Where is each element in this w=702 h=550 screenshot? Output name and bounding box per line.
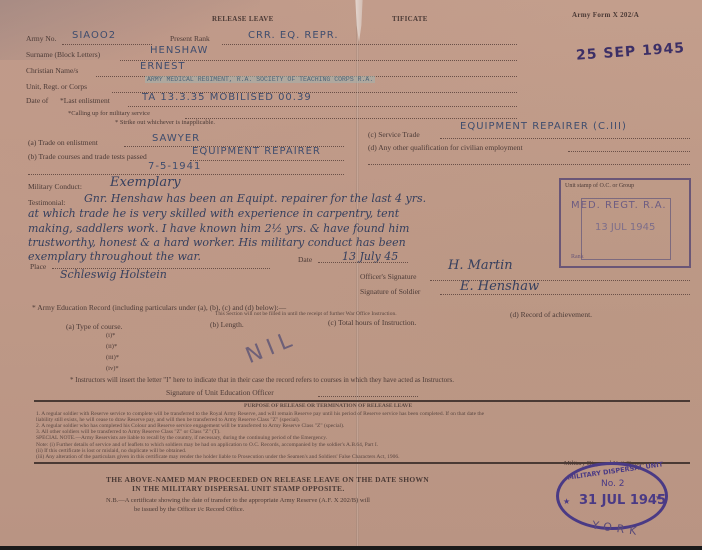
testimonial-label: Testimonial: [28,198,65,207]
proceeded-line-1: THE ABOVE-NAMED MAN PROCEEDED ON RELEASE… [106,475,429,484]
place-label: Place [30,262,46,271]
testimonial-line: exemplary throughout the war. [28,250,201,263]
education-row: (iii)* [106,354,119,361]
other-qualification-label: (d) Any other qualification for civilian… [368,143,523,152]
notes-heading: PURPOSE OF RELEASE OR TERMINATION OF REL… [244,403,412,409]
testimonial-line: Gnr. Henshaw has been an Equipt. repaire… [84,192,426,205]
instructor-note: * Instructors will insert the letter "I"… [70,376,454,384]
testimonial-line: trustworthy, honest & a hard worker. His… [28,236,406,249]
surname-label: Surname (Block Letters) [26,50,100,59]
notes-line: SPECIAL NOTE.—Army Reservists are liable… [36,435,327,441]
form-number: Army Form X 202/A [572,11,639,19]
date-of-label: Date of [26,96,48,105]
christian-names-value: ERNEST [140,61,186,72]
proceeded-line-2: IN THE MILITARY DISPERSAL UNIT STAMP OPP… [132,484,345,493]
form-title-right: TIFICATE [392,15,428,23]
form-title-left: RELEASE LEAVE [212,15,274,23]
service-trade-value: EQUIPMENT REPAIRER (C.III) [460,121,627,132]
military-conduct-label: Military Conduct: [28,182,82,191]
education-col-b: (b) Length. [210,320,244,329]
testimonial-line: at which trade he is very skilled with e… [28,207,399,220]
dispersal-stamp-number: No. 2 [601,479,625,489]
education-officer-signature-label: Signature of Unit Education Officer [166,388,274,397]
army-no-label: Army No. [26,34,56,43]
education-row: (i)* [106,332,115,339]
present-rank-label: Present Rank [170,34,210,43]
army-no-value: SIAOO2 [72,30,116,41]
education-note: This Section will not be filled in until… [215,311,397,317]
star-icon: ★ [563,497,570,506]
trade-courses-date: 7-5-1941 [148,161,201,172]
last-enlistment-label: *Last enlistment [60,96,110,105]
officers-signature: H. Martin [448,258,513,273]
officers-signature-label: Officer's Signature [360,272,416,281]
place-value: Schleswig Holstein [60,268,167,281]
testimonial-line: making, saddlers work. I have known him … [28,222,409,235]
unit-label: Unit, Regt. or Corps [26,82,87,91]
service-trade-label: (c) Service Trade [368,130,420,139]
date-label: Date [298,255,312,264]
education-row: (iv)* [106,365,119,372]
nil-annotation: NIL [242,326,301,369]
education-col-c: (c) Total hours of Instruction. [328,318,416,327]
unit-value: ARMY MEDICAL REGIMENT, R.A. SOCIETY OF T… [145,76,375,83]
calling-up-label: *Calling up for military service [68,110,150,117]
signature-soldier-label: Signature of Soldier [360,287,420,296]
strike-out-note: * Strike out whichever is inapplicable. [115,119,215,126]
trade-on-enlistment-value: SAWYER [152,133,200,144]
trade-on-enlistment-label: (a) Trade on enlistment [28,138,98,147]
soldier-signature: E. Henshaw [460,279,539,294]
dispersal-unit-stamp: MILITARY DISPERSAL UNIT No. 2 31 JUL 194… [556,462,668,530]
unit-stamp: Unit stamp of O.C. or Group MED. REGT. R… [559,178,691,268]
unit-stamp-header: Unit stamp of O.C. or Group [565,183,634,189]
unit-stamp-date: 13 JUL 1945 [595,222,655,233]
education-col-d: (d) Record of achievement. [510,310,592,319]
education-row: (ii)* [106,343,117,350]
education-col-a: (a) Type of course. [66,322,122,331]
present-rank-value: CRR. EQ. REPR. [248,30,339,41]
notes-line: (iii) Any alteration of the particulars … [36,454,400,460]
nb-line-2: be issued by the Officer i/c Record Offi… [134,506,244,513]
date-value: 13 July 45 [342,250,398,263]
star-icon: ★ [655,493,662,502]
nb-line-1: N.B.—A certificate showing the date of t… [106,497,370,504]
date-received-stamp: 25 SEP 1945 [576,40,686,64]
christian-names-label: Christian Name/s [26,66,78,75]
surname-value: HENSHAW [150,45,208,56]
military-conduct-value: Exemplary [110,175,181,190]
paper-tear [353,0,365,42]
release-leave-certificate: RELEASE LEAVE TIFICATE Army Form X 202/A… [0,0,702,546]
trade-courses-label: (b) Trade courses and trade tests passed [28,152,147,161]
dispersal-stamp-date: 31 JUL 1945 [579,493,666,508]
unit-stamp-rank: Rank [571,254,584,260]
trade-courses-value: EQUIPMENT REPAIRER [192,146,321,157]
unit-stamp-unit: MED. REGT. R.A. [571,200,667,211]
last-enlistment-value: TA 13.3.35 MOBILISED 00.39 [142,92,312,103]
